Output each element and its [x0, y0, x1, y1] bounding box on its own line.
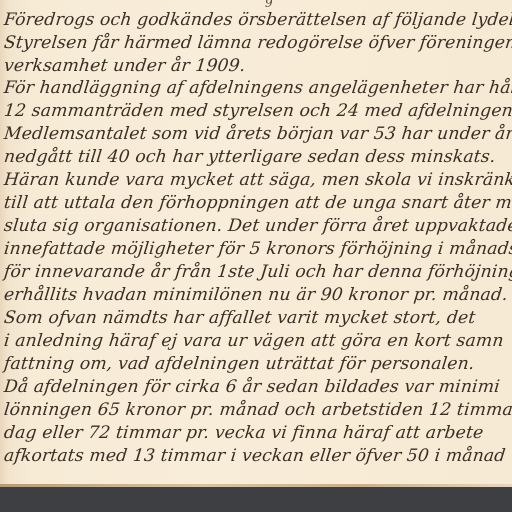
text-line: 12 sammanträden med styrelsen och 24 med… — [3, 101, 512, 121]
text-line: afkortats med 13 timmar i veckan eller ö… — [3, 446, 507, 466]
text-line: Då afdelningen för cirka 6 år sedan bild… — [3, 377, 501, 397]
text-line: dag eller 72 timmar pr. vecka vi finna h… — [3, 423, 484, 443]
text-line: för innevarande år från 1ste Juli och ha… — [3, 262, 512, 282]
text-line: lönningen 65 kronor pr. månad och arbets… — [3, 400, 512, 420]
text-line: Som ofvan nämdts har affallet varit myck… — [3, 308, 477, 328]
text-line: erhållits hvadan minimilönen nu är 90 kr… — [3, 285, 509, 305]
text-line: Föredrogs och godkändes örsberättelsen a… — [3, 10, 512, 30]
text-line: innefattade möjligheter för 5 kronors fö… — [3, 239, 512, 259]
text-line: Medlemsantalet som vid årets början var … — [3, 124, 512, 144]
text-line: i anledning häraf ej vara ur vägen att g… — [3, 331, 505, 351]
text-line: sluta sig organisationen. Det under förr… — [3, 216, 512, 236]
text-line: till att uttala den förhoppningen att de… — [3, 193, 512, 213]
document-page: 9 Föredrogs och godkändes örsberättelsen… — [0, 0, 512, 487]
text-line: Styrelsen får härmed lämna redogörelse ö… — [3, 33, 512, 53]
book-cover-background — [0, 487, 512, 512]
text-line: fattning om, vad afdelningen uträttat fö… — [3, 354, 476, 374]
page-number-mark: 9 — [265, 0, 273, 10]
text-line: nedgått till 40 och har ytterligare seda… — [3, 147, 497, 167]
text-line: verksamhet under år 1909. — [3, 56, 246, 76]
text-line: Häran kunde vara mycket att säga, men sk… — [3, 170, 512, 190]
text-line: För handläggning af afdelningens angeläg… — [3, 78, 512, 98]
